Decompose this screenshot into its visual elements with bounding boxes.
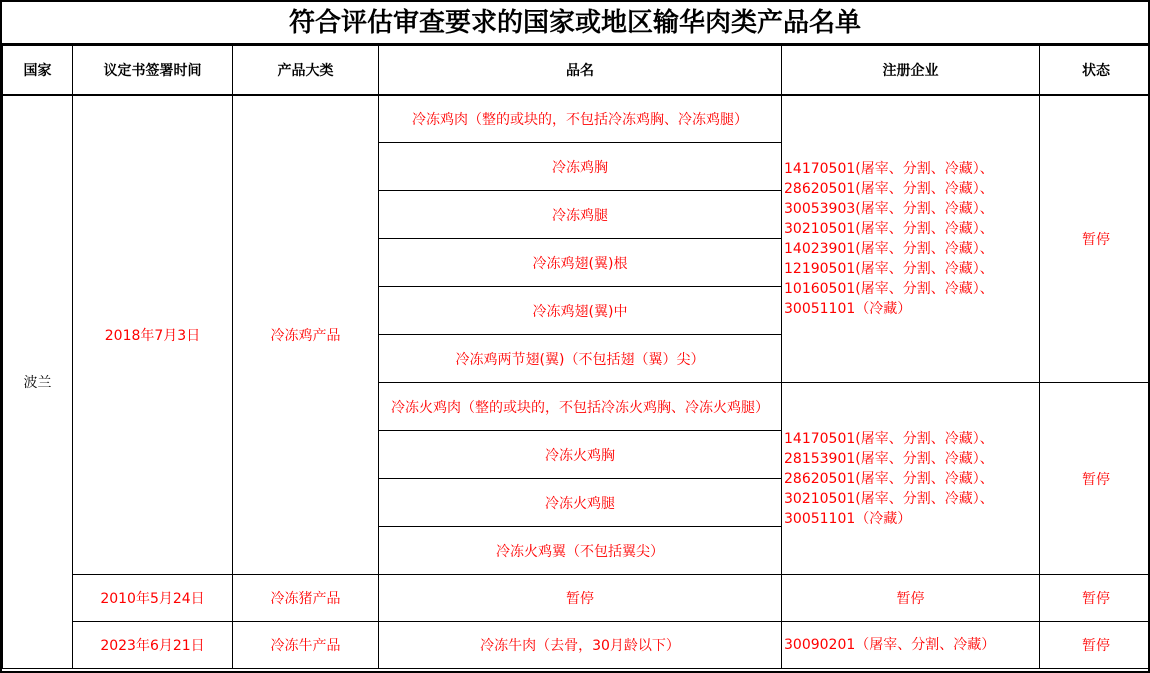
product-cell: 冷冻鸡腿 bbox=[379, 191, 782, 239]
product-cell: 冷冻火鸡腿 bbox=[379, 479, 782, 527]
country-cell: 波兰 bbox=[3, 95, 73, 669]
enterprise-line: 30051101（冷藏） bbox=[784, 509, 1037, 529]
table-row: 波兰 2018年7月3日 冷冻鸡产品 冷冻鸡肉（整的或块的，不包括冷冻鸡胸、冷冻… bbox=[3, 95, 1150, 143]
header-status: 状态 bbox=[1040, 46, 1150, 95]
enterprise-line: 28153901(屠宰、分割、冷藏）、 bbox=[784, 449, 1037, 469]
table-row-pork: 2010年5月24日 冷冻猪产品 暂停 暂停 暂停 bbox=[3, 575, 1150, 622]
product-cell: 冷冻鸡胸 bbox=[379, 143, 782, 191]
header-protocol-date: 议定书签署时间 bbox=[73, 46, 233, 95]
enterprise-line: 12190501(屠宰、分割、冷藏）、 bbox=[784, 259, 1037, 279]
beef-product-cell: 冷冻牛肉（去骨，30月龄以下） bbox=[379, 622, 782, 669]
pork-enterprise-cell: 暂停 bbox=[782, 575, 1040, 622]
enterprise-line: 14023901(屠宰、分割、冷藏）、 bbox=[784, 239, 1037, 259]
header-product-category: 产品大类 bbox=[233, 46, 379, 95]
poultry-category-cell: 冷冻鸡产品 bbox=[233, 95, 379, 575]
product-cell: 冷冻火鸡翼（不包括翼尖） bbox=[379, 527, 782, 575]
enterprise-line: 28620501(屠宰、分割、冷藏）、 bbox=[784, 469, 1037, 489]
product-cell: 冷冻鸡两节翅(翼)（不包括翅（翼）尖） bbox=[379, 335, 782, 383]
enterprise-line: 30051101（冷藏） bbox=[784, 299, 1037, 319]
turkey-status-cell: 暂停 bbox=[1040, 383, 1150, 575]
beef-enterprise-cell: 30090201（屠宰、分割、冷藏） bbox=[782, 622, 1040, 669]
table-row-beef: 2023年6月21日 冷冻牛产品 冷冻牛肉（去骨，30月龄以下） 3009020… bbox=[3, 622, 1150, 669]
products-table: 国家 议定书签署时间 产品大类 品名 注册企业 状态 波兰 2018年7月3日 … bbox=[2, 45, 1150, 669]
chicken-status-cell: 暂停 bbox=[1040, 95, 1150, 383]
product-cell: 冷冻火鸡胸 bbox=[379, 431, 782, 479]
document-page: 符合评估审查要求的国家或地区输华肉类产品名单 国家 议定书签署时间 产品大类 品… bbox=[0, 0, 1150, 673]
enterprise-line: 30210501(屠宰、分割、冷藏）、 bbox=[784, 489, 1037, 509]
header-registered-enterprise: 注册企业 bbox=[782, 46, 1040, 95]
pork-category-cell: 冷冻猪产品 bbox=[233, 575, 379, 622]
beef-date-cell: 2023年6月21日 bbox=[73, 622, 233, 669]
pork-status-cell: 暂停 bbox=[1040, 575, 1150, 622]
enterprise-line: 14170501(屠宰、分割、冷藏）、 bbox=[784, 159, 1037, 179]
enterprise-line: 14170501(屠宰、分割、冷藏）、 bbox=[784, 429, 1037, 449]
enterprise-line: 28620501(屠宰、分割、冷藏）、 bbox=[784, 179, 1037, 199]
turkey-enterprise-cell: 14170501(屠宰、分割、冷藏）、 28153901(屠宰、分割、冷藏）、 … bbox=[782, 383, 1040, 575]
header-product-name: 品名 bbox=[379, 46, 782, 95]
beef-category-cell: 冷冻牛产品 bbox=[233, 622, 379, 669]
pork-date-cell: 2010年5月24日 bbox=[73, 575, 233, 622]
beef-status-cell: 暂停 bbox=[1040, 622, 1150, 669]
poultry-date-cell: 2018年7月3日 bbox=[73, 95, 233, 575]
product-cell: 冷冻鸡翅(翼)根 bbox=[379, 239, 782, 287]
product-cell: 冷冻鸡翅(翼)中 bbox=[379, 287, 782, 335]
header-row: 国家 议定书签署时间 产品大类 品名 注册企业 状态 bbox=[3, 46, 1150, 95]
enterprise-line: 30210501(屠宰、分割、冷藏）、 bbox=[784, 219, 1037, 239]
page-title: 符合评估审查要求的国家或地区输华肉类产品名单 bbox=[2, 2, 1148, 45]
enterprise-line: 30053903(屠宰、分割、冷藏）、 bbox=[784, 199, 1037, 219]
product-cell: 冷冻鸡肉（整的或块的，不包括冷冻鸡胸、冷冻鸡腿） bbox=[379, 95, 782, 143]
pork-product-cell: 暂停 bbox=[379, 575, 782, 622]
enterprise-line: 10160501(屠宰、分割、冷藏）、 bbox=[784, 279, 1037, 299]
product-cell: 冷冻火鸡肉（整的或块的，不包括冷冻火鸡胸、冷冻火鸡腿） bbox=[379, 383, 782, 431]
header-country: 国家 bbox=[3, 46, 73, 95]
chicken-enterprise-cell: 14170501(屠宰、分割、冷藏）、 28620501(屠宰、分割、冷藏）、 … bbox=[782, 95, 1040, 383]
